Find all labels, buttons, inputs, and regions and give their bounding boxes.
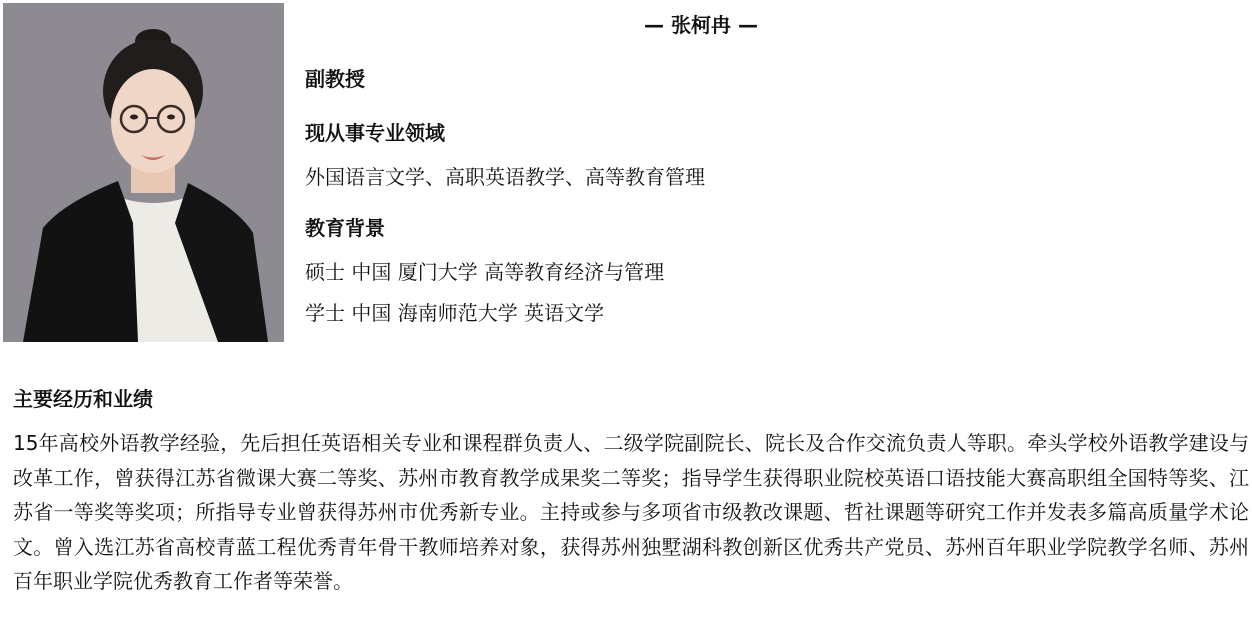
name-prefix-dash: — <box>644 13 664 37</box>
field-value: 外国语言文学、高职英语教学、高等教育管理 <box>305 164 705 190</box>
field-heading: 现从事专业领域 <box>305 120 445 146</box>
education-heading: 教育背景 <box>305 215 385 241</box>
education-item-bachelors: 学士 中国 海南师范大学 英语文学 <box>305 300 604 326</box>
academic-title: 副教授 <box>305 66 365 92</box>
education-item-masters: 硕士 中国 厦门大学 高等教育经济与管理 <box>305 259 664 285</box>
name-text: 张柯冉 <box>671 13 731 37</box>
portrait-photo <box>3 3 284 342</box>
experience-body: 15年高校外语教学经验，先后担任英语相关专业和课程群负责人、二级学院副院长、院长… <box>13 426 1249 599</box>
name-suffix-dash: — <box>738 13 758 37</box>
person-name: — 张柯冉 — <box>305 12 1235 38</box>
experience-heading: 主要经历和业绩 <box>13 386 153 412</box>
person-portrait-icon <box>3 3 284 342</box>
